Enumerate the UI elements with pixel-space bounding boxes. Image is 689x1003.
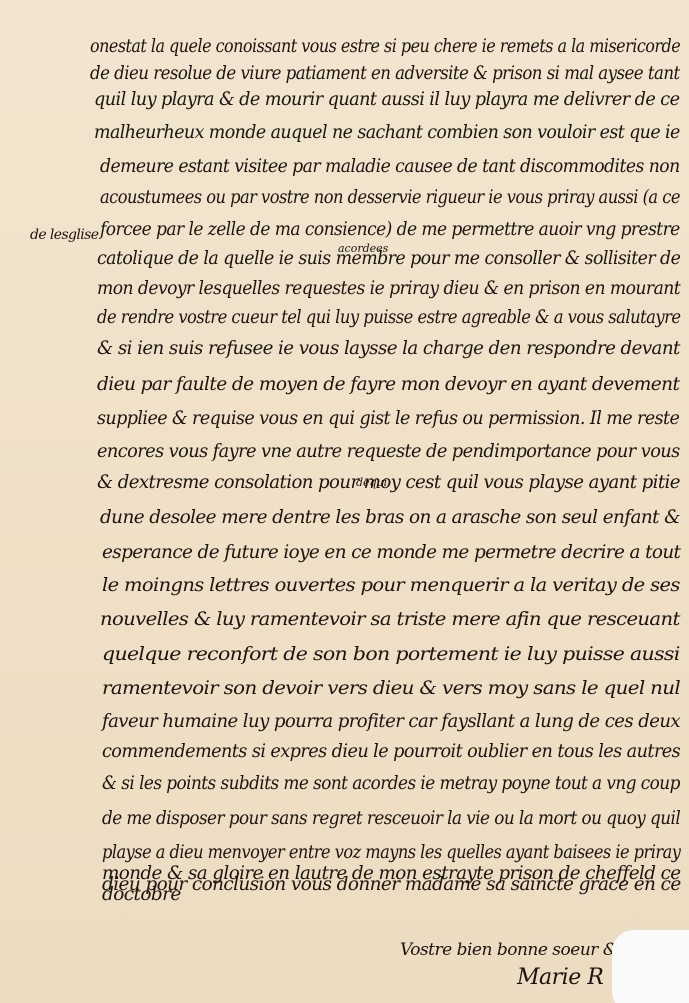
signature: Marie R — [517, 965, 603, 990]
letter-line: nouvelles & luy ramentevoir sa triste me… — [100, 611, 680, 630]
letter-line: acoustumees ou par vostre non desservie … — [100, 189, 680, 208]
letter-line: encores vous fayre vne autre requeste de… — [97, 443, 680, 462]
letter-line: catolique de la quelle ie suis membre po… — [97, 250, 680, 269]
closing-salutation: Vostre bien bonne soeur & — [400, 940, 617, 960]
letter-line: onestat la quele conoissant vous estre s… — [90, 38, 680, 57]
letter-line: le moingns lettres ouvertes pour menquer… — [102, 577, 680, 596]
letter-line: & si les points subdits me sont acordes … — [102, 775, 680, 794]
letter-line: suppliee & requise vous en qui gist le r… — [97, 410, 679, 429]
letter-line: dune desolee mere dentre les bras on a a… — [100, 509, 680, 528]
letter-line: & dextresme consolation pour moy cest qu… — [97, 474, 680, 493]
letter-line: quelque reconfort de son bon portement i… — [102, 646, 680, 665]
letter-line: de me disposer pour sans regret resceuoi… — [102, 810, 680, 829]
letter-line: de rendre vostre cueur tel qui luy puiss… — [97, 309, 681, 328]
letter-page: de lesglise acordees dequi onestat la qu… — [0, 0, 689, 1003]
letter-line: ramentevoir son devoir vers dieu & vers … — [102, 680, 680, 699]
letter-line: de dieu resolue de viure patiament en ad… — [90, 65, 680, 84]
letter-line: demeure estant visitee par maladie cause… — [100, 158, 680, 177]
letter-line: monde & sa gloire en lautre de mon estra… — [102, 865, 681, 884]
letter-line: mon devoyr lesquelles requestes ie prira… — [97, 280, 680, 299]
letter-line: malheurheux monde auquel ne sachant comb… — [94, 124, 680, 143]
letter-line: commendements si expres dieu le pourroit… — [102, 743, 680, 762]
margin-note: de lesglise — [30, 227, 98, 243]
letter-line: playse a dieu menvoyer entre voz mayns l… — [102, 844, 680, 863]
letter-line: dieu par faulte de moyen de fayre mon de… — [97, 376, 679, 395]
letter-line: & si ien suis refusee ie vous laysse la … — [97, 340, 680, 359]
letter-line: forcee par le zelle de ma consience) de … — [100, 221, 680, 240]
letter-line: quil luy playra & de mourir quant aussi … — [94, 91, 679, 110]
letter-line: esperance de future ioye en ce monde me … — [102, 544, 680, 563]
letter-line: faveur humaine luy pourra profiter car f… — [102, 713, 680, 732]
letter-line: doctobre — [102, 886, 181, 905]
paper-patch — [612, 930, 689, 1003]
